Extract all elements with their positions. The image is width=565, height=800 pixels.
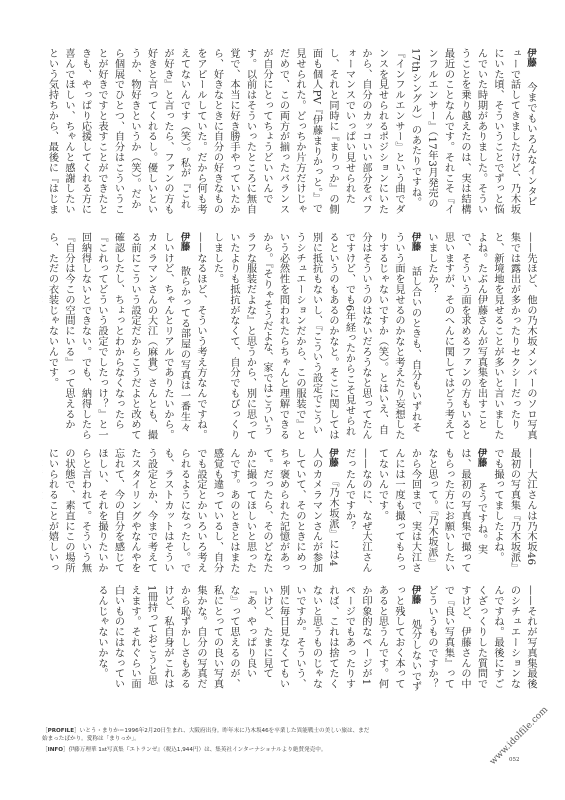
speaker-label: 伊藤 <box>410 585 421 604</box>
answer: 伊藤 『乃木坂派』には4人のカメラマンさんが参加していて、そのときにめっちゃ褒め… <box>42 448 340 574</box>
paragraph-text: そうですね。実は、最初の写真集で撮ってもらった方にお願いしたいなと思って。『乃木… <box>377 448 487 573</box>
question: ——大江さんは乃木坂46最初の写真集『乃木坂派』でも撮ってましたよね。 <box>489 448 539 574</box>
paragraph-text: 話し合いのときも、自分もいずれそういう面を見せるのかなと考えたり妄想したりするじ… <box>212 232 421 440</box>
article-tier-4: ——それが写真集最後のシチュエーションなんですね。最後にすごくざっくりした質問で… <box>42 585 538 693</box>
profile-line: ［PROFILE］いとう・まりか＝1996年2月20日生まれ、大阪府出身。昨年末… <box>42 727 372 744</box>
paragraph-text: 散らかってる部屋の写真は一番生々しいけど、ちゃんとリアルでありたいから。カメラマ… <box>47 232 190 440</box>
paragraph-text: ——先ほど、他の乃木坂メンバーのソロ写真集では露出が多かったりセクシーだったりと… <box>426 232 536 440</box>
question: ——なるほど、そういう考え方なんですね。 <box>192 232 209 440</box>
article-tier-1: 伊藤 今までもいろんなインタビューで話してきましたけど、乃木坂にいた頃、そういう… <box>42 48 538 216</box>
profile-block: ［PROFILE］いとう・まりか＝1996年2月20日生まれ、大阪府出身。昨年末… <box>42 727 372 754</box>
question: ——なのに、なぜ大江さんだったんですか？ <box>340 448 373 574</box>
speaker-label: 伊藤 <box>525 48 536 67</box>
paragraph: 伊藤 今までもいろんなインタビューで話してきましたけど、乃木坂にいた頃、そういう… <box>42 48 538 216</box>
question: ——それが写真集最後のシチュエーションなんですね。最後にすごくざっくりした質問で… <box>423 585 539 693</box>
article-tier-2: ——先ほど、他の乃木坂メンバーのソロ写真集では露出が多かったりセクシーだったりと… <box>42 232 538 440</box>
speaker-label: 伊藤 <box>179 232 190 251</box>
paragraph-text: 『乃木坂派』には4人のカメラマンさんが参加していて、そのときにめっちゃ褒められた… <box>42 448 338 573</box>
paragraph-text: ——なのに、なぜ大江さんだったんですか？ <box>344 448 372 573</box>
paragraph-text: ——なるほど、そういう考え方なんですね。 <box>195 232 206 440</box>
info-text: 伊藤万理華 1st写真集『エトランゼ』（税込1,944円）は、集英社インターナシ… <box>69 747 327 753</box>
paragraph-text: 処分しないでずっと残しておく本ってあると思うんです。何か印象的なページが1ページ… <box>96 585 421 692</box>
speaker-label: 伊藤 <box>327 448 338 467</box>
answer: 伊藤 処分しないでずっと残しておく本ってあると思うんです。何か印象的なページが1… <box>93 585 423 693</box>
question: ——だから自然な感じがするんですね。でも、それを一回飲み込んでから表現するという… <box>42 232 43 440</box>
answer: 伊藤 散らかってる部屋の写真は一番生々しいけど、ちゃんとリアルでありたいから。カ… <box>43 232 192 440</box>
profile-label: PROFILE <box>48 728 74 734</box>
info-label: INFO <box>48 747 63 753</box>
info-line: ［INFO］伊藤万理華 1st写真集『エトランゼ』（税込1,944円）は、集英社… <box>42 746 372 754</box>
article-tier-3: ——大江さんは乃木坂46最初の写真集『乃木坂派』でも撮ってましたよね。 伊藤 そ… <box>42 448 538 574</box>
answer: 伊藤 そうですね。実は、最初の写真集で撮ってもらった方にお願いしたいなと思って。… <box>373 448 489 574</box>
paragraph-text: ——大江さんは乃木坂46最初の写真集『乃木坂派』でも撮ってましたよね。 <box>492 448 536 573</box>
paragraph-text: ——それが写真集最後のシチュエーションなんですね。最後にすごくざっくりした質問で… <box>426 585 536 689</box>
question: ——先ほど、他の乃木坂メンバーのソロ写真集では露出が多かったりセクシーだったりと… <box>423 232 539 440</box>
speaker-label: 伊藤 <box>476 448 487 467</box>
speaker-label: 伊藤 <box>410 232 421 251</box>
answer: 伊藤 話し合いのときも、自分もいずれそういう面を見せるのかなと考えたり妄想したり… <box>208 232 423 440</box>
profile-text: いとう・まりか＝1996年2月20日生まれ、大阪府出身。昨年末に乃木坂46を卒業… <box>42 728 369 742</box>
page-number: 052 <box>509 757 520 763</box>
paragraph-text: 今までもいろんなインタビューで話してきましたけど、乃木坂にいた頃、そういうことで… <box>42 48 536 214</box>
